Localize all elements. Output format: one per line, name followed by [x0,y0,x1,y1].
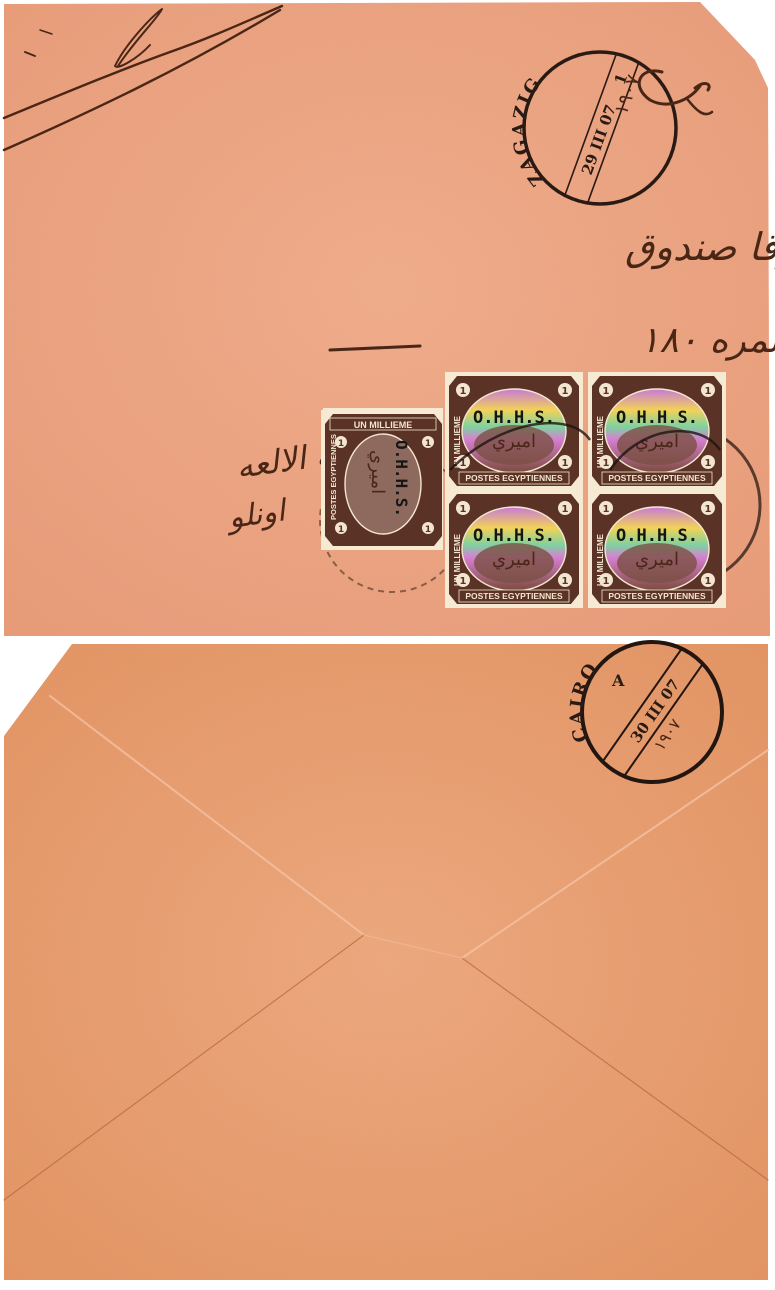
stamp-single-overprint: O.H.H.S. [392,440,411,517]
cover-front: 29 III 07 1 ZAGAZIG ١٩٠٧ حضرة الخواجه اس… [0,0,775,640]
stamp-block-item: POSTES EGYPTIENNESUN MILLIEME1111O.H.H.S… [445,372,583,490]
svg-text:1: 1 [425,439,431,449]
svg-text:POSTES EGYPTIENNES: POSTES EGYPTIENNES [608,473,706,483]
svg-text:POSTES EGYPTIENNES: POSTES EGYPTIENNES [465,473,563,483]
svg-text:1: 1 [562,576,569,587]
stamp-block-item: POSTES EGYPTIENNESUN MILLIEME1111O.H.H.S… [445,490,583,608]
svg-text:1: 1 [562,386,569,397]
address-line-2: البوسته نمره ١٨٠ [640,320,775,361]
stamp-single-top-label: UN MILLIEME [354,420,413,430]
svg-text:1: 1 [705,504,712,515]
svg-text:اميري: اميري [492,549,536,570]
stamp-block-item: POSTES EGYPTIENNESUN MILLIEME1111O.H.H.S… [588,490,726,608]
postmark-code: A [611,671,625,690]
svg-text:اميري: اميري [492,431,536,452]
svg-text:O.H.H.S.: O.H.H.S. [473,526,555,546]
svg-text:1: 1 [460,504,467,515]
stamp-single-face: UN MILLIEME POSTES EGYPTIENNES 1 1 1 1 O… [321,410,443,550]
svg-text:1: 1 [603,386,610,397]
svg-text:1: 1 [338,439,344,449]
cover-back: 30 III 07 CAIRO A ١٩٠٧ [0,640,775,1290]
svg-text:1: 1 [603,458,610,469]
svg-text:1: 1 [603,504,610,515]
svg-text:1: 1 [338,525,344,535]
svg-text:1: 1 [603,576,610,587]
svg-text:اميري: اميري [635,549,679,570]
cover-front-canvas: 29 III 07 1 ZAGAZIG ١٩٠٧ حضرة الخواجه اس… [0,0,775,640]
address-line-1: حضرة الخواجه اسكندر وقصي لوقا صندوق [625,225,775,270]
stamp-block-item: POSTES EGYPTIENNESUN MILLIEME1111O.H.H.S… [588,372,726,490]
svg-text:1: 1 [562,458,569,469]
svg-text:POSTES EGYPTIENNES: POSTES EGYPTIENNES [608,591,706,601]
svg-text:1: 1 [705,458,712,469]
svg-text:1: 1 [460,576,467,587]
svg-text:1: 1 [425,525,431,535]
svg-text:O.H.H.S.: O.H.H.S. [473,408,555,428]
svg-text:1: 1 [705,576,712,587]
svg-text:O.H.H.S.: O.H.H.S. [616,408,698,428]
cover-back-canvas: 30 III 07 CAIRO A ١٩٠٧ [0,640,775,1290]
svg-text:POSTES EGYPTIENNES: POSTES EGYPTIENNES [465,591,563,601]
svg-text:1: 1 [705,386,712,397]
stamp-single-overprint-arabic: اميري [367,450,388,494]
stamp-single-side-label: POSTES EGYPTIENNES [329,434,338,520]
svg-text:1: 1 [460,386,467,397]
svg-text:1: 1 [562,504,569,515]
svg-text:O.H.H.S.: O.H.H.S. [616,526,698,546]
